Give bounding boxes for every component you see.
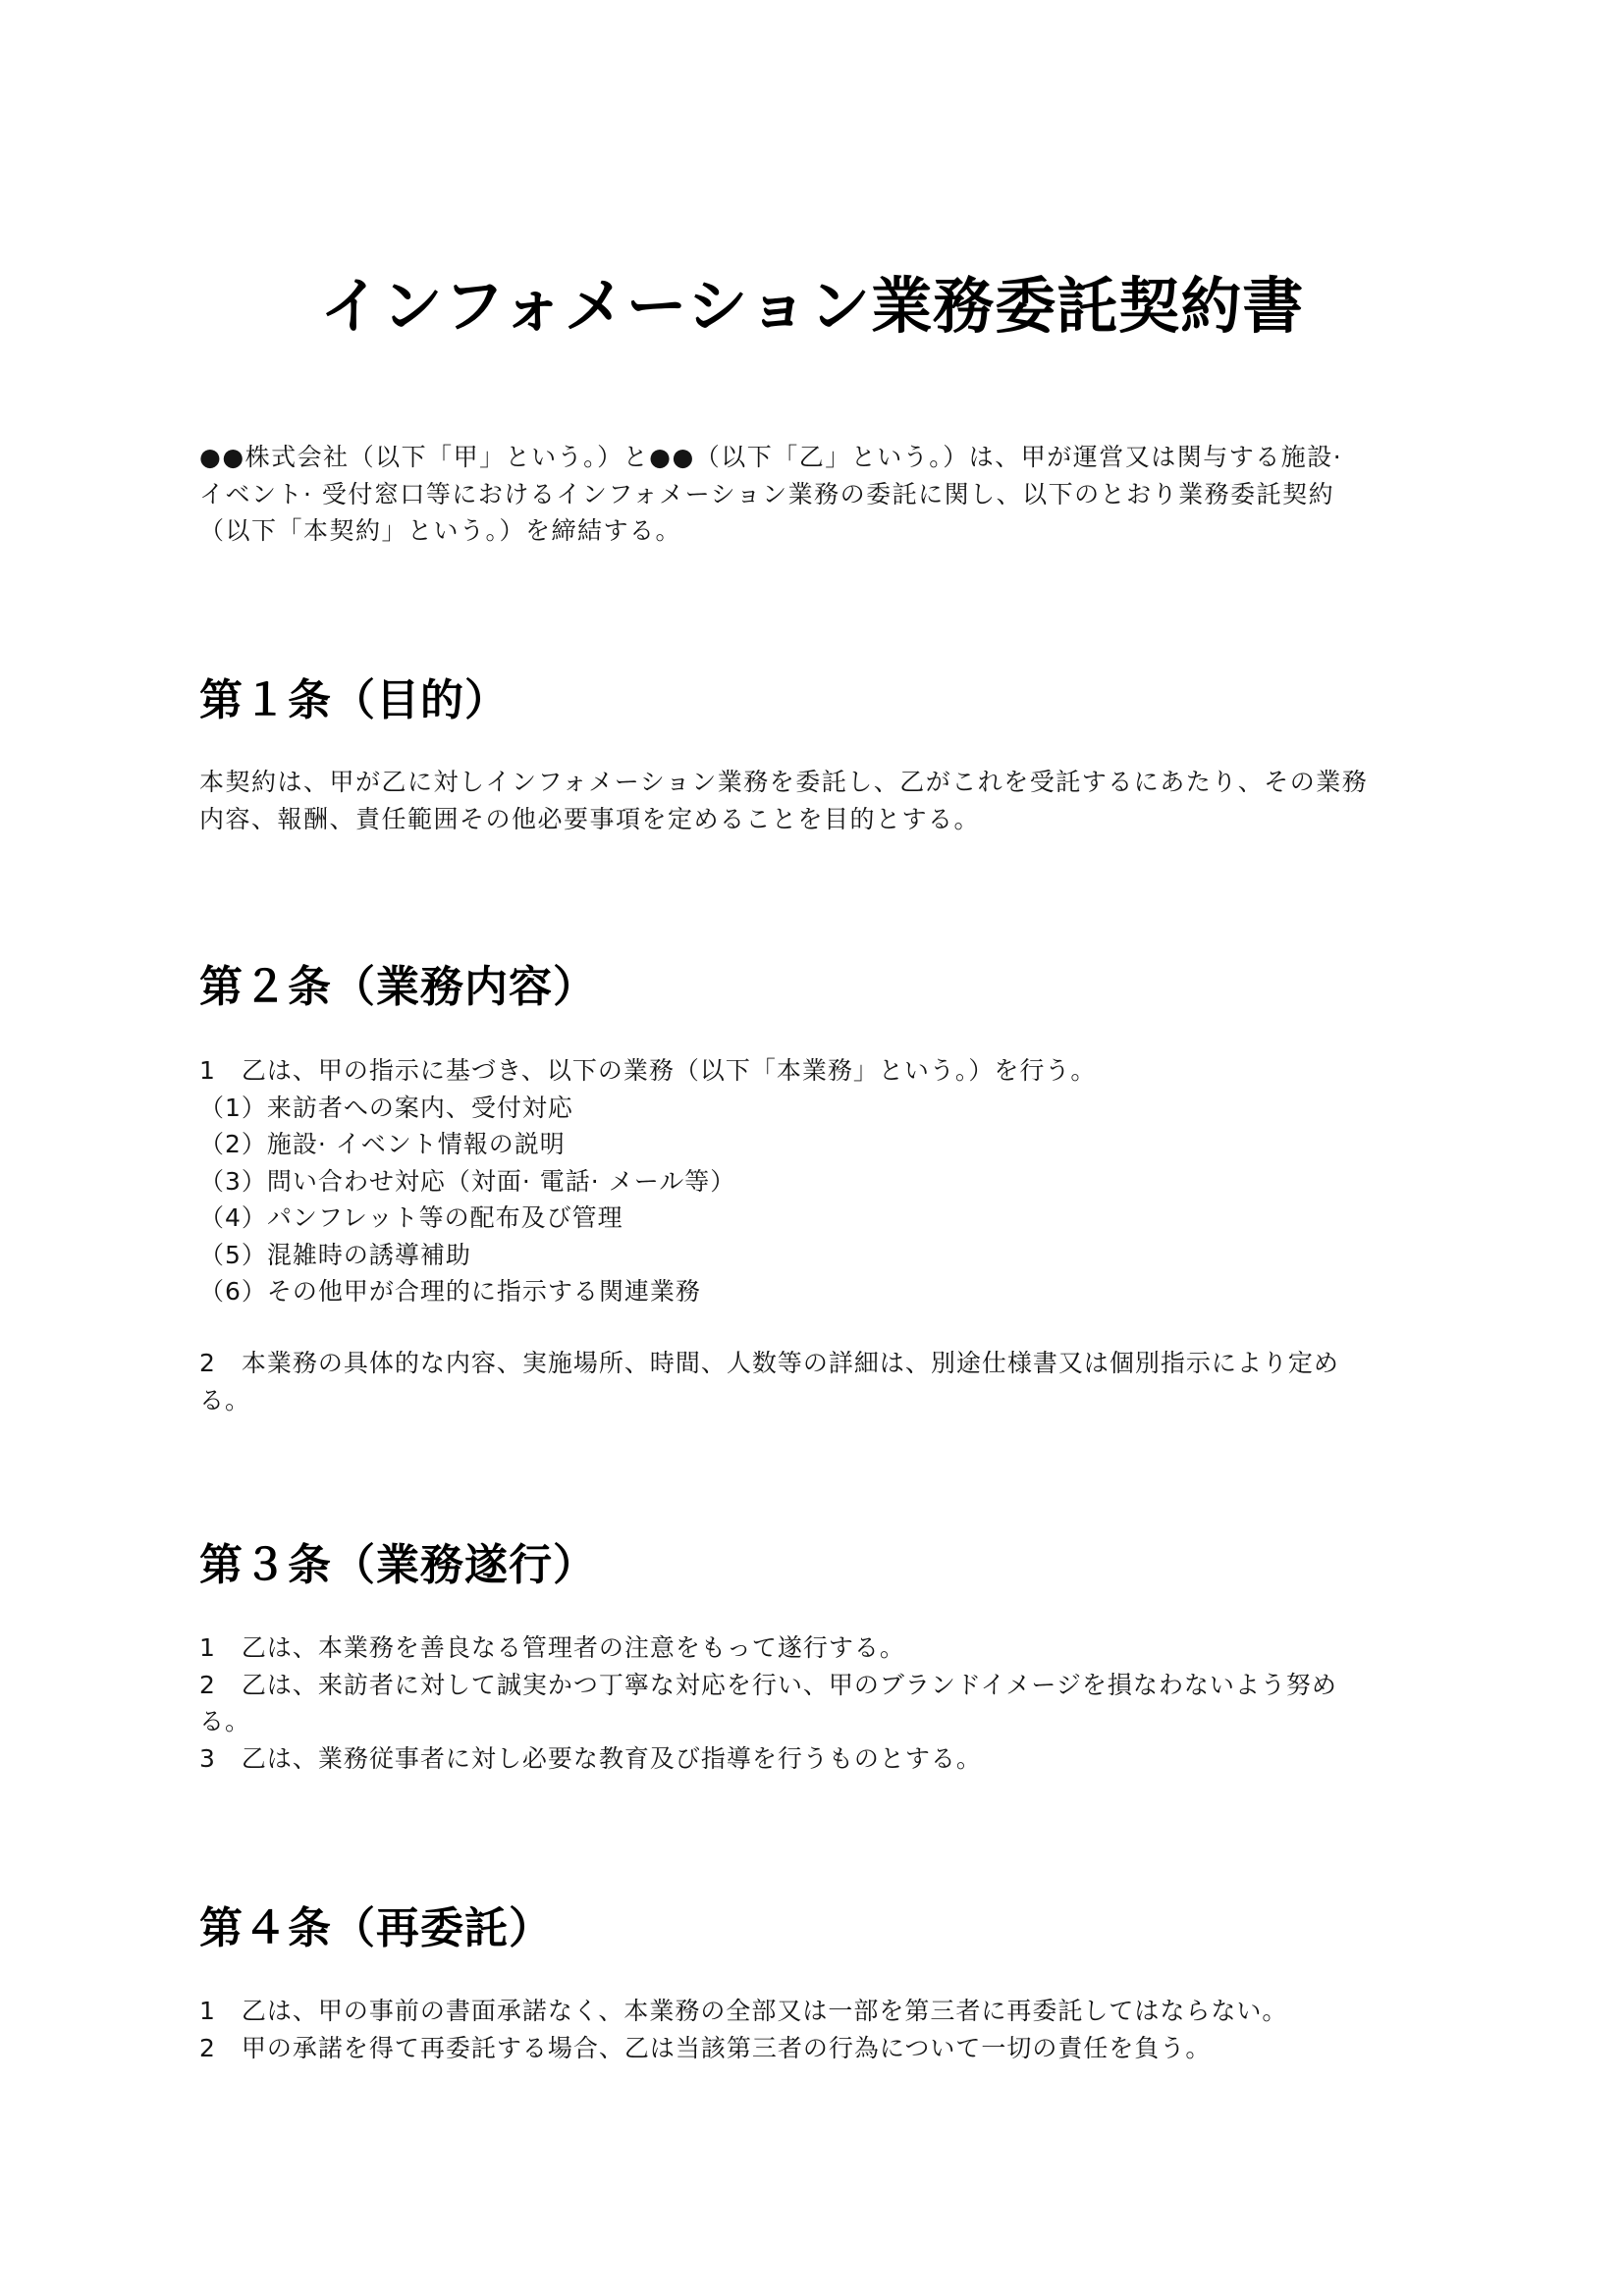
article-1-line: 内容、報酬、責任範囲その他必要事項を定めることを目的とする。 bbox=[199, 801, 1436, 838]
preamble-line: ●●株式会社（以下「甲」という。）と●●（以下「乙」という。）は、甲が運営又は関… bbox=[199, 439, 1436, 476]
article-2-clause-1: 1 乙は、甲の指示に基づき、以下の業務（以下「本業務」という。）を行う。 （1）… bbox=[199, 1052, 1436, 1310]
article-4-heading: 第４条（再委託） bbox=[199, 1899, 553, 1958]
article-1-line: 本契約は、甲が乙に対しインフォメーション業務を委託し、乙がこれを受託するにあたり… bbox=[199, 764, 1436, 801]
article-1-body: 本契約は、甲が乙に対しインフォメーション業務を委託し、乙がこれを受託するにあたり… bbox=[199, 764, 1436, 837]
preamble-paragraph: ●●株式会社（以下「甲」という。）と●●（以下「乙」という。）は、甲が運営又は関… bbox=[199, 439, 1436, 550]
preamble-line: （以下「本契約」という。）を締結する。 bbox=[199, 512, 1436, 550]
article-4-line: 1 乙は、甲の事前の書面承諾なく、本業務の全部又は一部を第三者に再委託してはなら… bbox=[199, 1993, 1436, 2030]
article-2-heading: 第２条（業務内容） bbox=[199, 958, 597, 1017]
article-2-clause-2: 2 本業務の具体的な内容、実施場所、時間、人数等の詳細は、別途仕様書又は個別指示… bbox=[199, 1345, 1436, 1418]
article-2-list-item: （2）施設· イベント情報の説明 bbox=[199, 1126, 1436, 1163]
article-2-list-item: （3）問い合わせ対応（対面· 電話· メール等） bbox=[199, 1163, 1436, 1201]
article-3-body: 1 乙は、本業務を善良なる管理者の注意をもって遂行する。 2 乙は、来訪者に対し… bbox=[199, 1629, 1436, 1777]
document-page: インフォメーション業務委託契約書 ●●株式会社（以下「甲」という。）と●●（以下… bbox=[0, 0, 1624, 2296]
article-4-line: 2 甲の承諾を得て再委託する場合、乙は当該第三者の行為について一切の責任を負う。 bbox=[199, 2030, 1436, 2067]
article-2-list-item: （4）パンフレット等の配布及び管理 bbox=[199, 1200, 1436, 1237]
article-2-list-item: （1）来訪者への案内、受付対応 bbox=[199, 1090, 1436, 1127]
article-2-clause-2-line: 2 本業務の具体的な内容、実施場所、時間、人数等の詳細は、別途仕様書又は個別指示… bbox=[199, 1345, 1436, 1382]
article-3-line: る。 bbox=[199, 1703, 1436, 1740]
article-4-body: 1 乙は、甲の事前の書面承諾なく、本業務の全部又は一部を第三者に再委託してはなら… bbox=[199, 1993, 1436, 2066]
article-3-line: 1 乙は、本業務を善良なる管理者の注意をもって遂行する。 bbox=[199, 1629, 1436, 1667]
preamble-line: イベント· 受付窓口等におけるインフォメーション業務の委託に関し、以下のとおり業… bbox=[199, 476, 1436, 513]
article-3-line: 2 乙は、来訪者に対して誠実かつ丁寧な対応を行い、甲のブランドイメージを損なわな… bbox=[199, 1667, 1436, 1704]
article-2-list-item: （5）混雑時の誘導補助 bbox=[199, 1237, 1436, 1274]
article-2-clause-1-text: 1 乙は、甲の指示に基づき、以下の業務（以下「本業務」という。）を行う。 bbox=[199, 1052, 1436, 1090]
article-2-list-item: （6）その他甲が合理的に指示する関連業務 bbox=[199, 1273, 1436, 1310]
article-1-heading: 第１条（目的） bbox=[199, 671, 509, 730]
document-title: インフォメーション業務委託契約書 bbox=[0, 267, 1624, 346]
article-3-heading: 第３条（業務遂行） bbox=[199, 1536, 597, 1595]
article-3-line: 3 乙は、業務従事者に対し必要な教育及び指導を行うものとする。 bbox=[199, 1740, 1436, 1778]
article-2-clause-2-line: る。 bbox=[199, 1382, 1436, 1419]
